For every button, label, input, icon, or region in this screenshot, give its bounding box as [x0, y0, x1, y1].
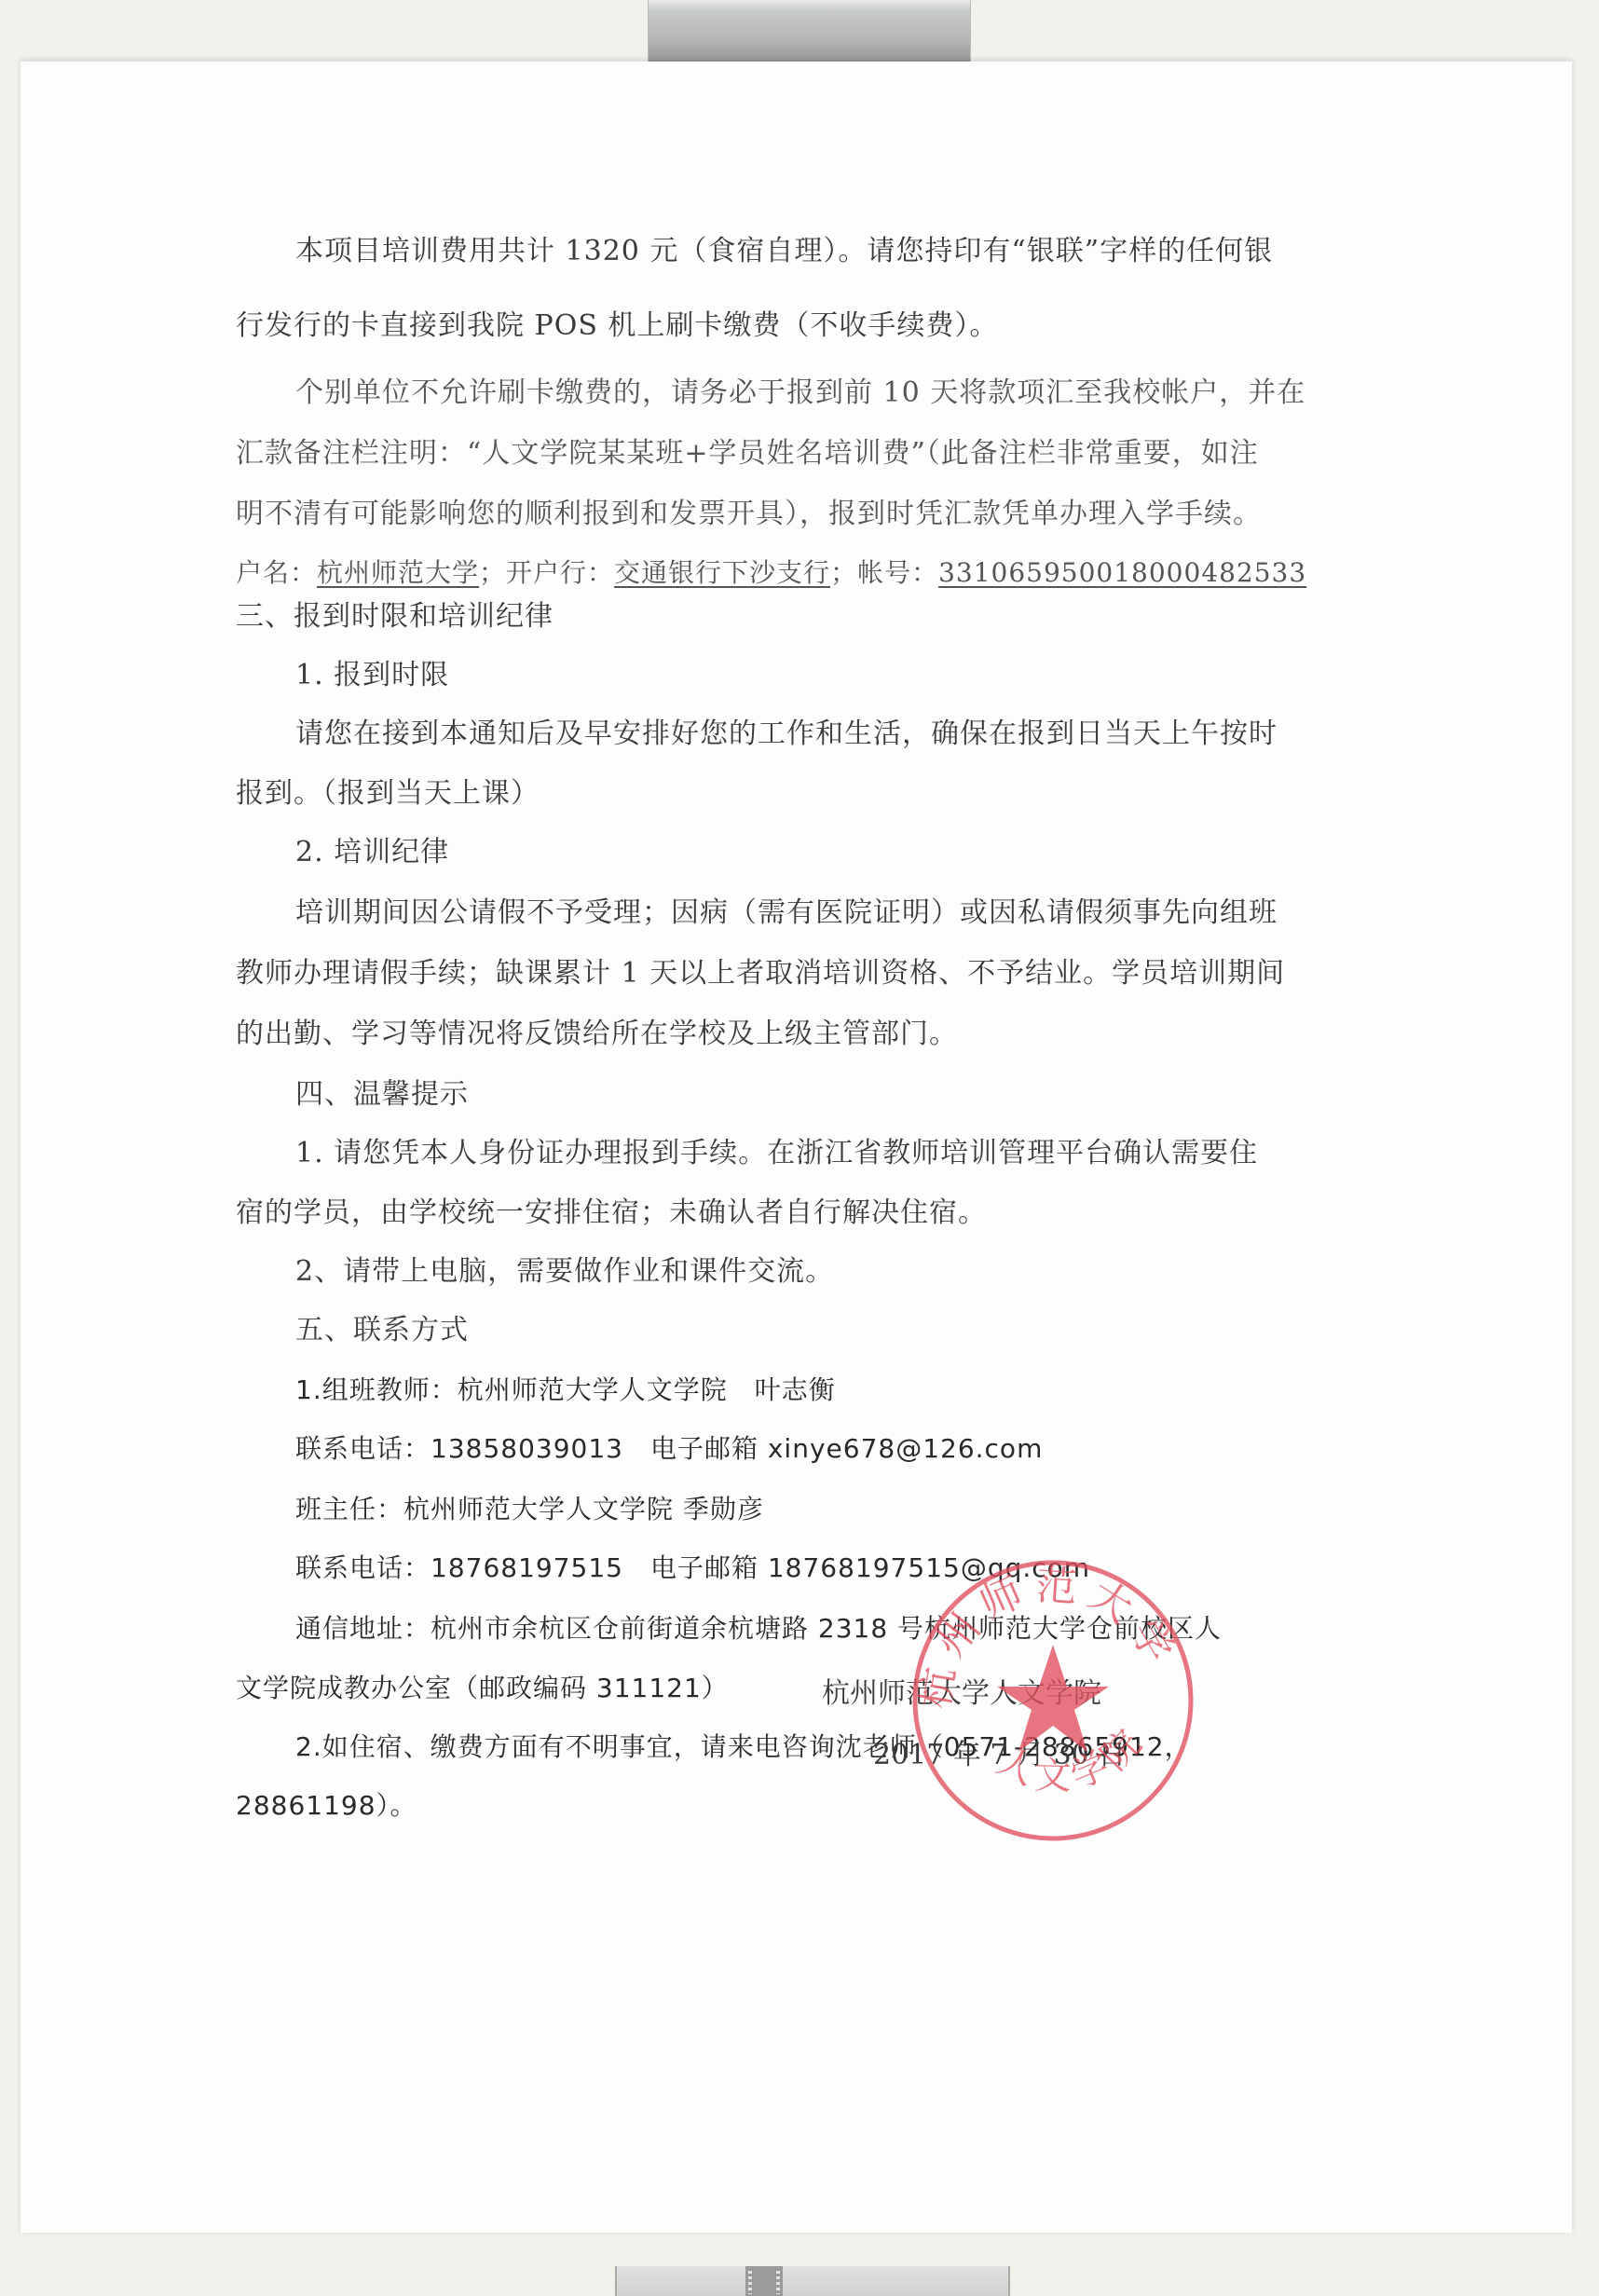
contact-address-line-2: 文学院成教办公室（邮政编码 311121）: [236, 1670, 729, 1707]
section4-item1-line-1: 1. 请您凭本人身份证办理报到手续。在浙江省教师培训管理平台确认需要住: [236, 1135, 1258, 1172]
inquiry-line-2: 28861198）。: [236, 1787, 417, 1824]
section3-sub2-text-1: 培训期间因公请假不予受理；因病（需有医院证明）或因私请假须事先向组班: [236, 895, 1278, 932]
section3-sub2-heading: 2. 培训纪律: [236, 834, 449, 871]
account-number-label: ；帐号：: [830, 557, 938, 588]
paragraph-transfer-line-3: 明不清有可能影响您的顺利报到和发票开具），报到时凭汇款凭单办理入学手续。: [236, 496, 1262, 533]
paragraph-fee-line-1: 本项目培训费用共计 1320 元（食宿自理）。请您持印有“银联”字样的任何银: [236, 233, 1273, 270]
account-holder: 杭州师范大学: [317, 557, 479, 588]
film-strip-icon: [745, 2266, 783, 2296]
section3-sub1-heading: 1. 报到时限: [236, 657, 449, 694]
signature-org: 杭州师范大学人文学院: [822, 1670, 1101, 1711]
contact-head-teacher: 班主任：杭州师范大学人文学院 季勋彦: [236, 1491, 764, 1528]
section3-heading: 三、报到时限和培训纪律: [236, 598, 553, 635]
scanner-clip-top: [648, 0, 971, 68]
bank-label: ；开户行：: [479, 557, 614, 588]
section4-item1-line-2: 宿的学员，由学校统一安排住宿；未确认者自行解决住宿。: [236, 1195, 987, 1232]
contact-head-teacher-phone-email: 联系电话：18768197515 电子邮箱 18768197515@qq.com: [236, 1550, 1090, 1587]
section5-heading: 五、联系方式: [236, 1312, 469, 1349]
account-number: 331065950018000482533: [938, 557, 1306, 588]
paragraph-transfer-line-1: 个别单位不允许刷卡缴费的，请务必于报到前 10 天将款项汇至我校帐户，并在: [236, 375, 1305, 412]
section3-sub1-text-1: 请您在接到本通知后及早安排好您的工作和生活，确保在报到日当天上午按时: [236, 716, 1278, 753]
section3-sub2-text-2: 教师办理请假手续；缺课累计 1 天以上者取消培训资格、不予结业。学员培训期间: [236, 955, 1285, 992]
contact-address-line-1: 通信地址：杭州市余杭区仓前街道余杭塘路 2318 号杭州师范大学仓前校区人: [236, 1610, 1222, 1647]
contact-teacher: 1.组班教师：杭州师范大学人文学院 叶志衡: [236, 1372, 836, 1409]
signature-date: 2017 年 7 月 30 日: [873, 1731, 1126, 1772]
section4-heading: 四、温馨提示: [236, 1076, 469, 1114]
paragraph-fee-line-2: 行发行的卡直接到我院 POS 机上刷卡缴费（不收手续费）。: [236, 307, 998, 345]
bank-name: 交通银行下沙支行: [614, 557, 830, 588]
section3-sub1-text-2: 报到。（报到当天上课）: [236, 775, 540, 813]
paragraph-transfer-line-2: 汇款备注栏注明：“人文学院某某班+学员姓名培训费”（此备注栏非常重要，如注: [236, 435, 1259, 472]
account-info: 户名：杭州师范大学；开户行：交通银行下沙支行；帐号：33106595001800…: [236, 554, 1306, 592]
contact-teacher-phone-email: 联系电话：13858039013 电子邮箱 xinye678@126.com: [236, 1430, 1043, 1468]
account-holder-label: 户名：: [236, 557, 317, 588]
section4-item2: 2、请带上电脑，需要做作业和课件交流。: [236, 1253, 834, 1291]
section3-sub2-text-3: 的出勤、学习等情况将反馈给所在学校及上级主管部门。: [236, 1016, 958, 1053]
scanner-clip-bottom: [615, 2266, 1010, 2296]
